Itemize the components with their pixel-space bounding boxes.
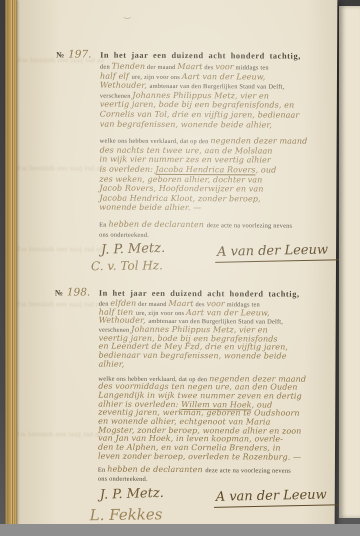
- act-number: № 198.: [55, 284, 91, 299]
- signature-registrar: A van der Leeuw: [214, 487, 341, 508]
- act-header: № 198. In het jaar een duizend acht hond…: [99, 285, 339, 299]
- signature-declarant-1: J. P. Metz.: [101, 241, 165, 258]
- body-line: leven zonder beroep, overleden te Rozenb…: [98, 450, 338, 460]
- printed-text: ons onderteekend.: [98, 476, 148, 483]
- stray-pen-mark: ‿: [124, 10, 130, 19]
- signature-declarant-1: J. P. Metz.: [100, 486, 164, 503]
- bleed-through-text: In het jaar een duizend acht honderd tac…: [14, 429, 102, 438]
- act-198: № 198. In het jaar een duizend acht hond…: [98, 285, 339, 532]
- handwritten-text: wonende beide alhier. —: [99, 203, 201, 213]
- handwritten-text: van begrafenissen, wonende beide alhier,: [100, 119, 272, 129]
- bleed-through-text: In het jaar een duizend acht honderd tac…: [15, 244, 103, 253]
- act-body: den elfden der maand Maart des voor midd…: [98, 298, 339, 483]
- body-line: van begrafenissen, wonende beide alhier,: [100, 117, 340, 128]
- year-line: In het jaar een duizend acht honderd tac…: [99, 289, 300, 299]
- body-line: En hebben de declaranten deze acte na vo…: [99, 218, 339, 229]
- act-number-handwritten: 197.: [68, 48, 91, 60]
- handwritten-text: bedienaar van begrafenissen, wonende bei…: [98, 351, 286, 361]
- book-page: ‿ In het jaar een duizend acht honderd t…: [12, 0, 338, 527]
- act-header: № 197. In het jaar een duizend acht hond…: [100, 47, 340, 61]
- signature-declarant-2: C. v. Tol Hz.: [91, 258, 163, 273]
- act-body: den Tienden der maand Maart des voor mid…: [99, 60, 340, 238]
- signature-block: J. P. Metz. C. v. Tol Hz. A van der Leeu…: [99, 240, 339, 287]
- number-symbol: №: [55, 288, 63, 297]
- scanner-bed-strip: [0, 524, 360, 536]
- number-symbol: №: [56, 50, 64, 59]
- printed-text: ons onderteekend.: [99, 231, 149, 238]
- bleed-through-text: In het jaar een duizend acht honderd tac…: [15, 299, 103, 308]
- printed-text: deze acte na voorlezing nevens: [207, 222, 293, 229]
- bleed-through-text: In het jaar een duizend acht honderd tac…: [15, 163, 103, 172]
- printed-text: deze acte na voorlezing nevens: [205, 468, 291, 475]
- act-number: № 197.: [56, 46, 92, 61]
- body-line: is overleden: Jacoba Hendrica Rovers, ou…: [99, 163, 339, 174]
- book-spine-edge: [5, 0, 17, 525]
- body-line: bedienaar van begrafenissen, wonende bei…: [98, 350, 338, 360]
- handwritten-text: leven zonder beroep, overleden te Rozenb…: [98, 451, 301, 461]
- handwritten-text: alhier,: [98, 359, 124, 368]
- act-number-handwritten: 198.: [67, 286, 90, 298]
- year-line: In het jaar een duizend acht honderd tac…: [100, 51, 301, 61]
- signature-registrar: A van der Leeuw: [215, 242, 342, 263]
- signature-declarant-2: L. Fekkes: [90, 505, 163, 524]
- act-197: № 197. In het jaar een duizend acht hond…: [99, 47, 340, 287]
- adjacent-page: [339, 6, 360, 518]
- scanner-background: { "labels": { "no_symbol": "№" }, "color…: [0, 0, 360, 536]
